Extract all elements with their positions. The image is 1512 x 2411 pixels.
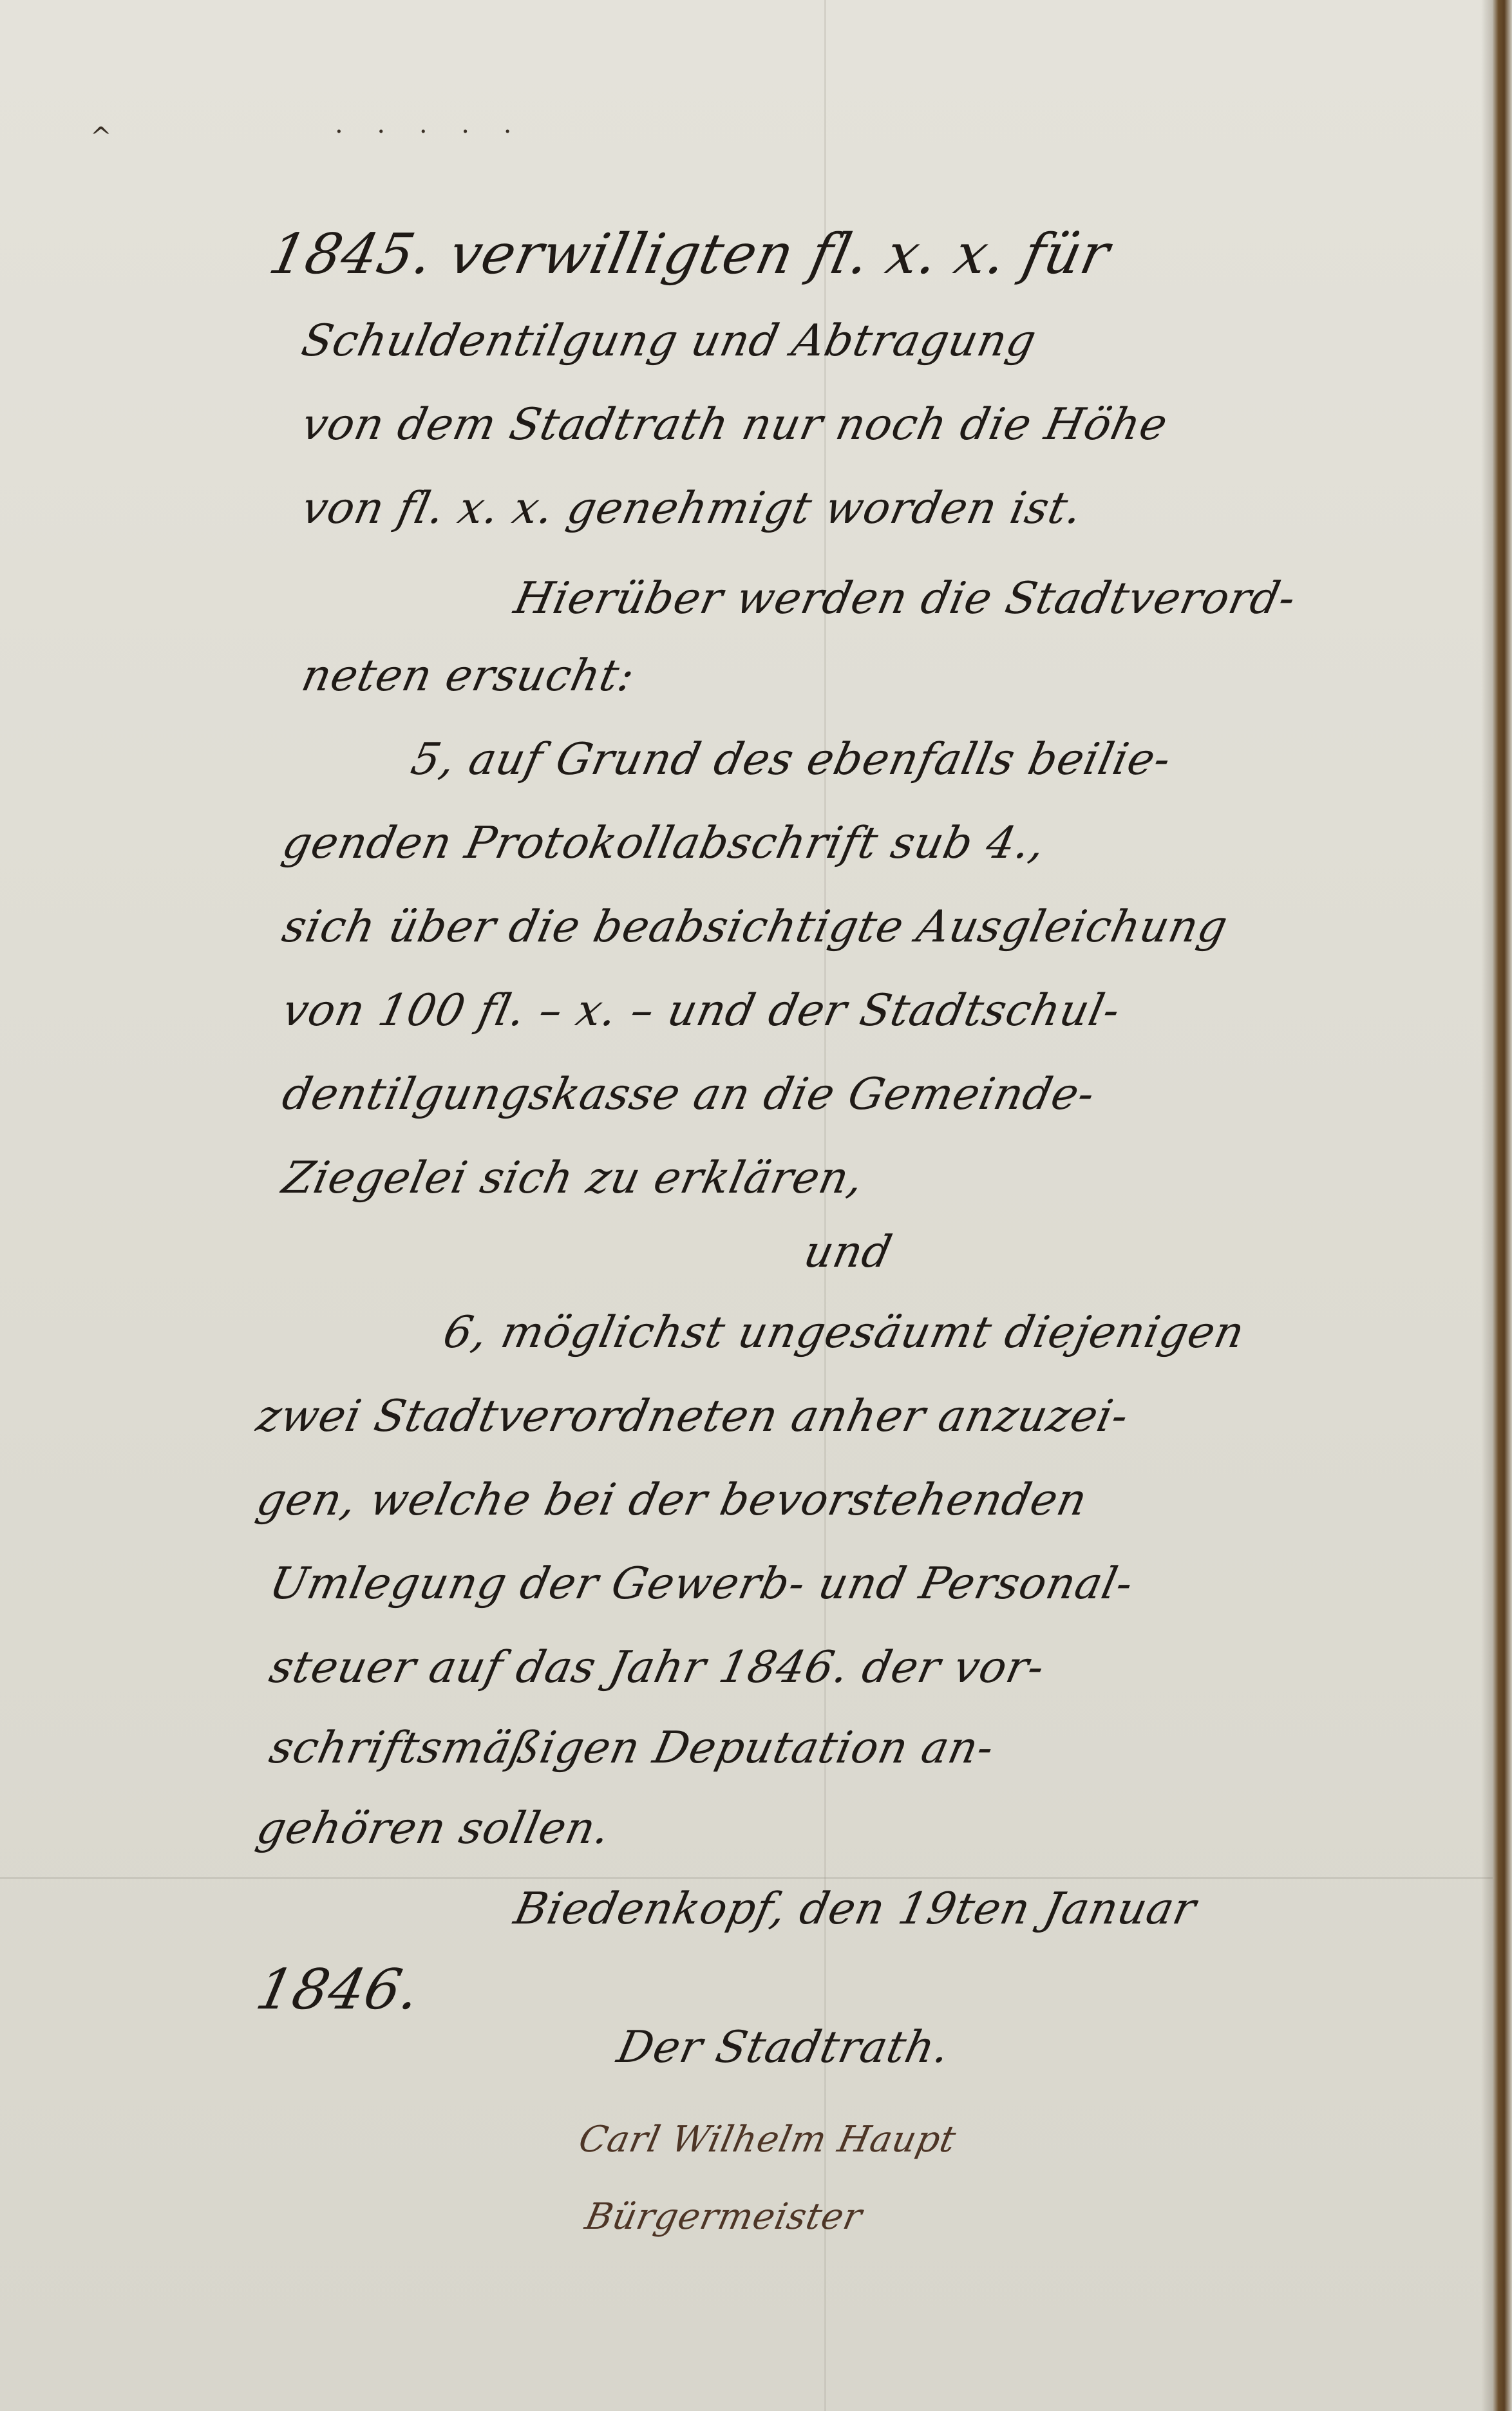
body-line-8: genden Protokollabschrift sub 4., bbox=[278, 818, 1050, 869]
body-line-12: Ziegelei sich zu erklären, bbox=[278, 1153, 869, 1204]
signature-name: Carl Wilhelm Haupt bbox=[575, 2119, 960, 2160]
authority-line: Der Stadtrath. bbox=[613, 2022, 955, 2073]
body-line-10: von 100 fl. – x. – und der Stadtschul- bbox=[278, 985, 1125, 1036]
corner-marks: . . . . . bbox=[335, 109, 524, 139]
body-line-1: 1845. verwilligten fl. x. x. für bbox=[263, 222, 1115, 287]
page-edge-shadow bbox=[1481, 0, 1493, 2411]
body-line-4: von fl. x. x. genehmigt worden ist. bbox=[298, 483, 1088, 534]
fold-line-horizontal bbox=[0, 1877, 1493, 1879]
body-line-11: dentilgungskasse an die Gemeinde- bbox=[278, 1069, 1100, 1120]
body-line-3: von dem Stadtrath nur noch die Höhe bbox=[298, 399, 1173, 450]
place-date-line: Biedenkopf, den 19ten Januar bbox=[510, 1884, 1201, 1934]
body-line-2: Schuldentilgung und Abtragung bbox=[298, 316, 1041, 366]
corner-mark: ^ bbox=[90, 122, 112, 152]
body-line-14: 6, möglichst ungesäumt diejenigen bbox=[439, 1307, 1249, 1358]
body-line-16: gen, welche bei der bevorstehenden bbox=[252, 1475, 1092, 1526]
body-line-17: Umlegung der Gewerb- und Personal- bbox=[265, 1558, 1138, 1609]
body-line-20: gehören sollen. bbox=[252, 1803, 615, 1854]
signature-title: Bürgermeister bbox=[581, 2196, 866, 2238]
closing-year: 1846. bbox=[250, 1958, 426, 2022]
body-line-19: schriftsmäßigen Deputation an- bbox=[265, 1723, 999, 1773]
body-line-6: neten ersucht: bbox=[298, 650, 639, 701]
body-line-18: steuer auf das Jahr 1846. der vor- bbox=[265, 1642, 1050, 1693]
body-line-15: zwei Stadtverordneten anher anzuzei- bbox=[252, 1391, 1133, 1442]
body-line-5: Hierüber werden die Stadtverord- bbox=[510, 573, 1301, 624]
binding-edge bbox=[1493, 0, 1512, 2411]
body-line-9: sich über die beabsichtigte Ausgleichung bbox=[278, 902, 1233, 952]
body-line-13: und bbox=[800, 1227, 897, 1278]
body-line-7: 5, auf Grund des ebenfalls beilie- bbox=[407, 734, 1176, 785]
